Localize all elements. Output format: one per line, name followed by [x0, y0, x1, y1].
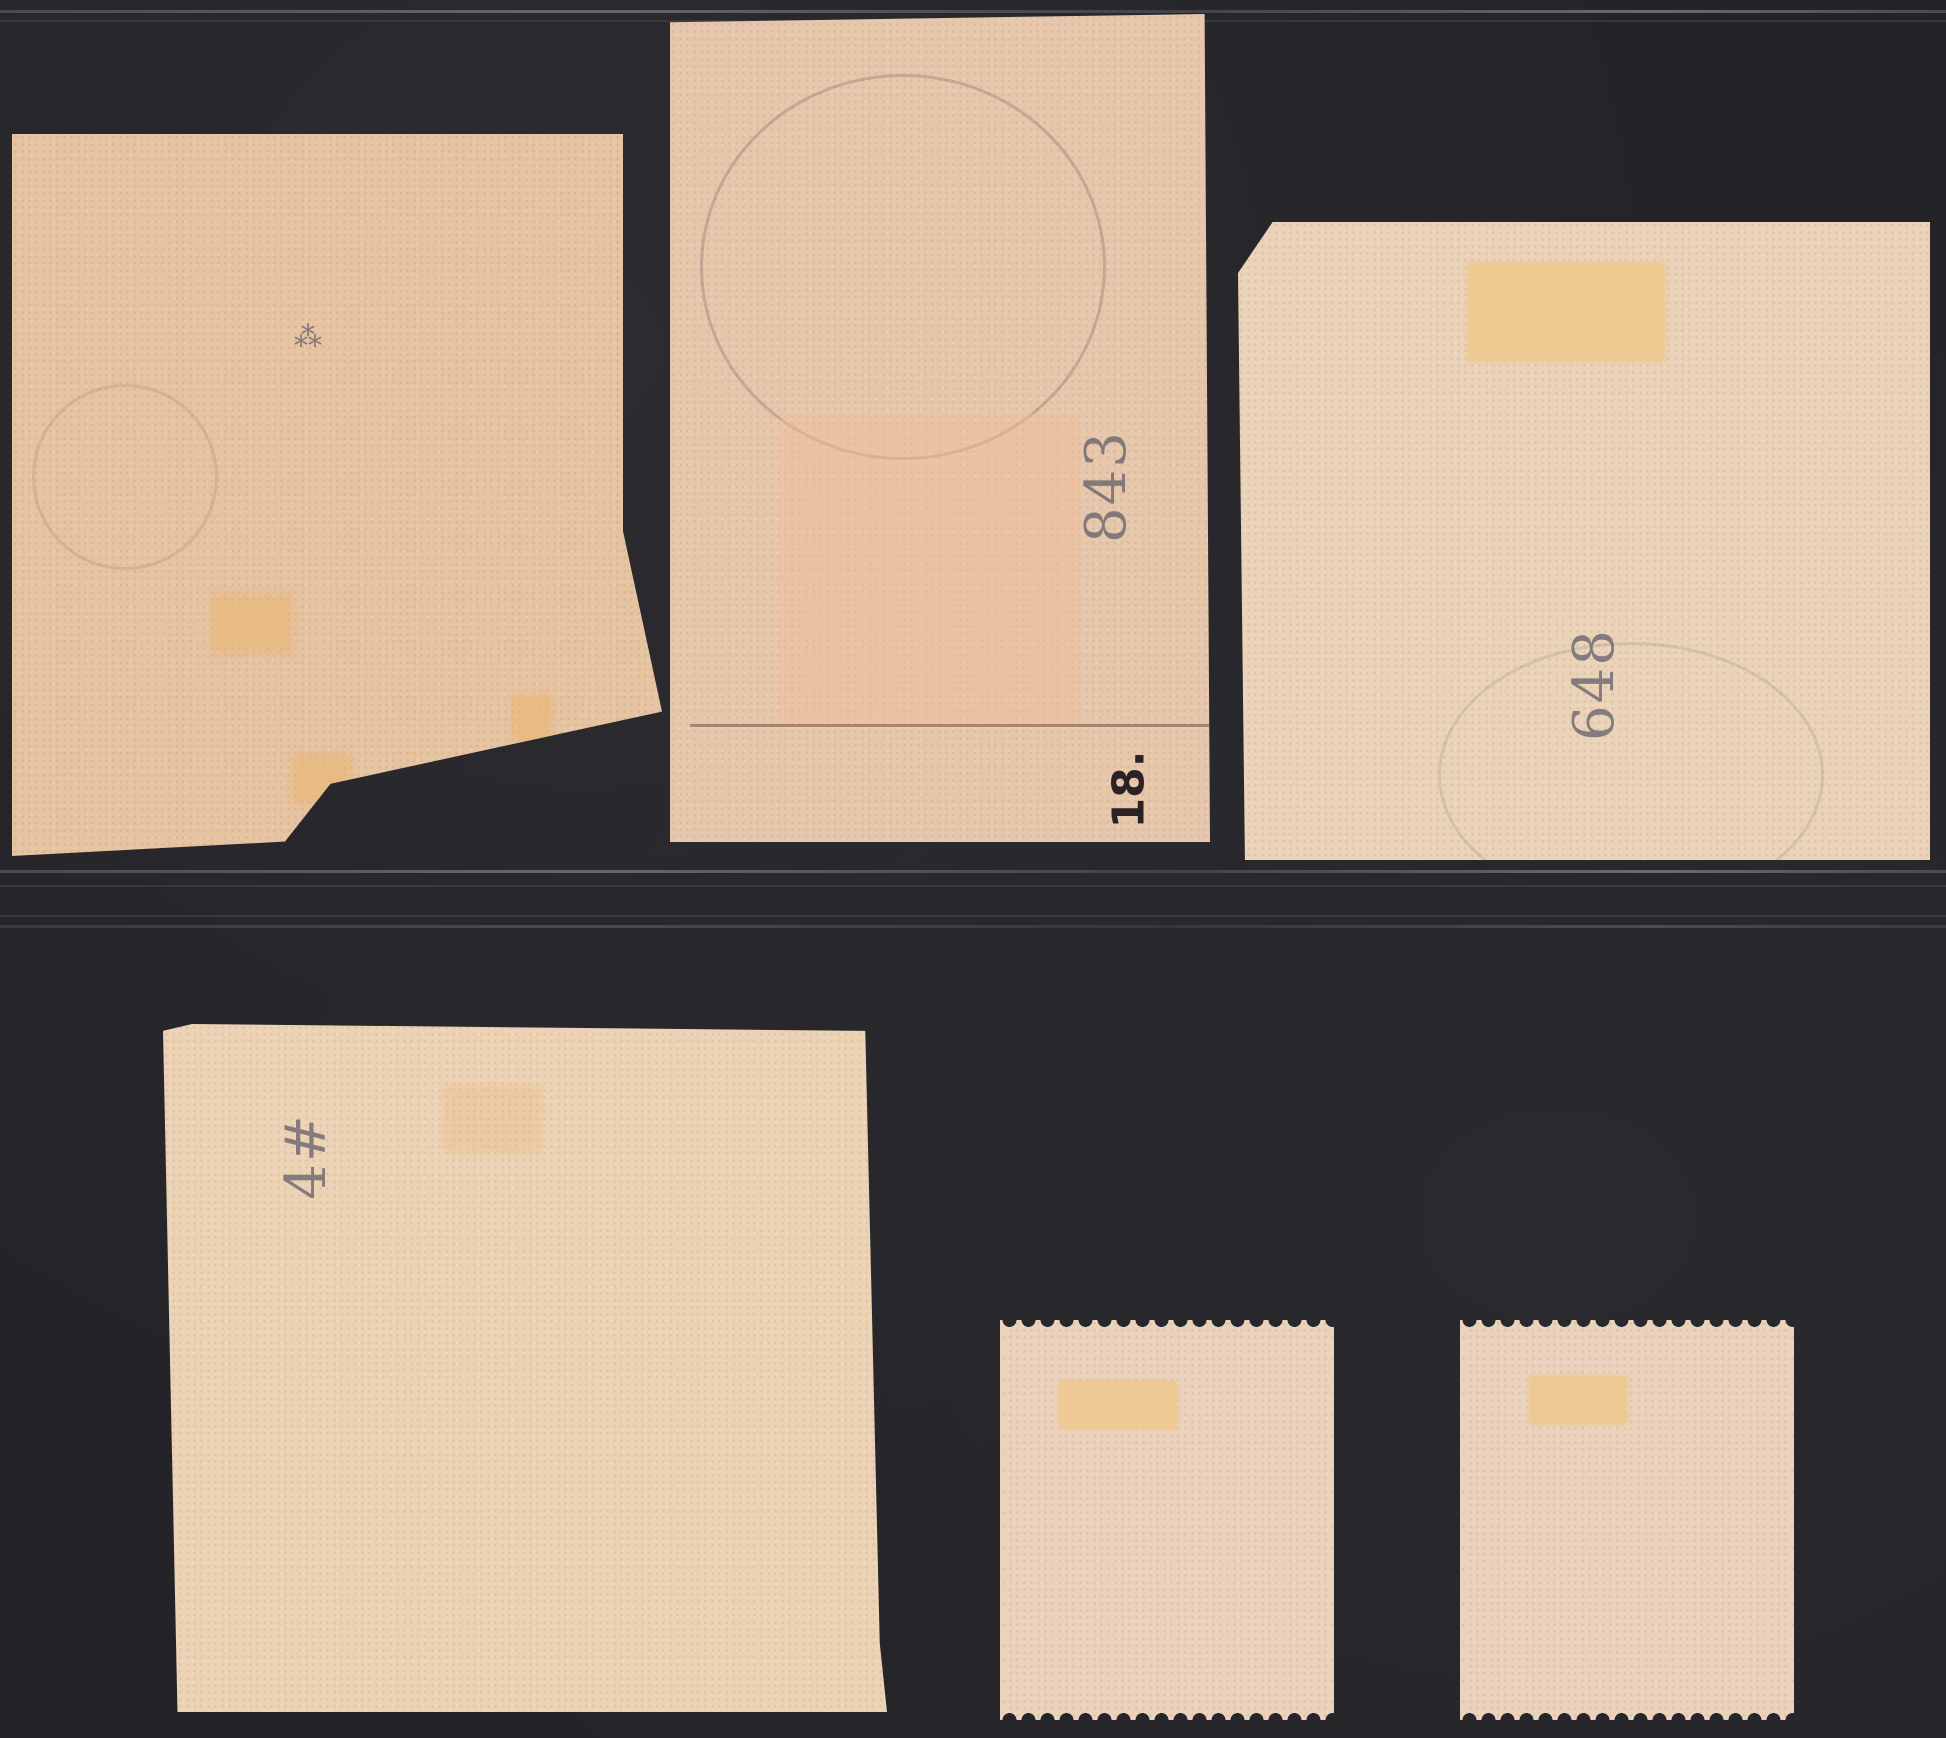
fold-line [690, 724, 1210, 727]
hinge-remnant [1528, 1375, 1628, 1425]
postmark-fragment: 18. [1103, 751, 1154, 829]
hinge-remnant [1466, 262, 1666, 362]
orange-stain [212, 594, 292, 654]
postmark-show-through [700, 74, 1106, 460]
pencil-scribble: ⁂ [294, 320, 324, 353]
hinge-remnant [1058, 1380, 1178, 1430]
pencil-number: 648 [1562, 628, 1627, 741]
perforation-edge [1000, 1320, 1334, 1720]
pencil-number: 843 [1074, 430, 1139, 543]
mounting-strip-shadow [0, 885, 1946, 887]
stock-page-background: ⁂ 843 18. 648 4# [0, 0, 1946, 1738]
postmark-show-through [32, 384, 218, 570]
stamp-back-6 [1460, 1320, 1794, 1720]
stamp-back-3: 648 [1238, 222, 1930, 860]
mounting-strip-edge [0, 925, 1946, 928]
orange-stain [292, 754, 352, 804]
orange-stain [443, 1084, 543, 1154]
stamp-shadow-panel [780, 414, 1080, 724]
stamp-back-1: ⁂ [12, 134, 662, 856]
stamp-back-4: 4# [163, 1024, 887, 1712]
pencil-number: 4# [274, 1113, 339, 1200]
stamp-back-5 [1000, 1320, 1334, 1720]
perforation-edge [1460, 1320, 1794, 1720]
mounting-strip-edge [0, 10, 1946, 13]
mounting-strip-edge [0, 870, 1946, 873]
postmark-show-through [1438, 642, 1824, 908]
stamp-back-2: 843 18. [670, 14, 1210, 842]
mounting-strip-shadow [0, 915, 1946, 917]
orange-stain [512, 694, 552, 744]
